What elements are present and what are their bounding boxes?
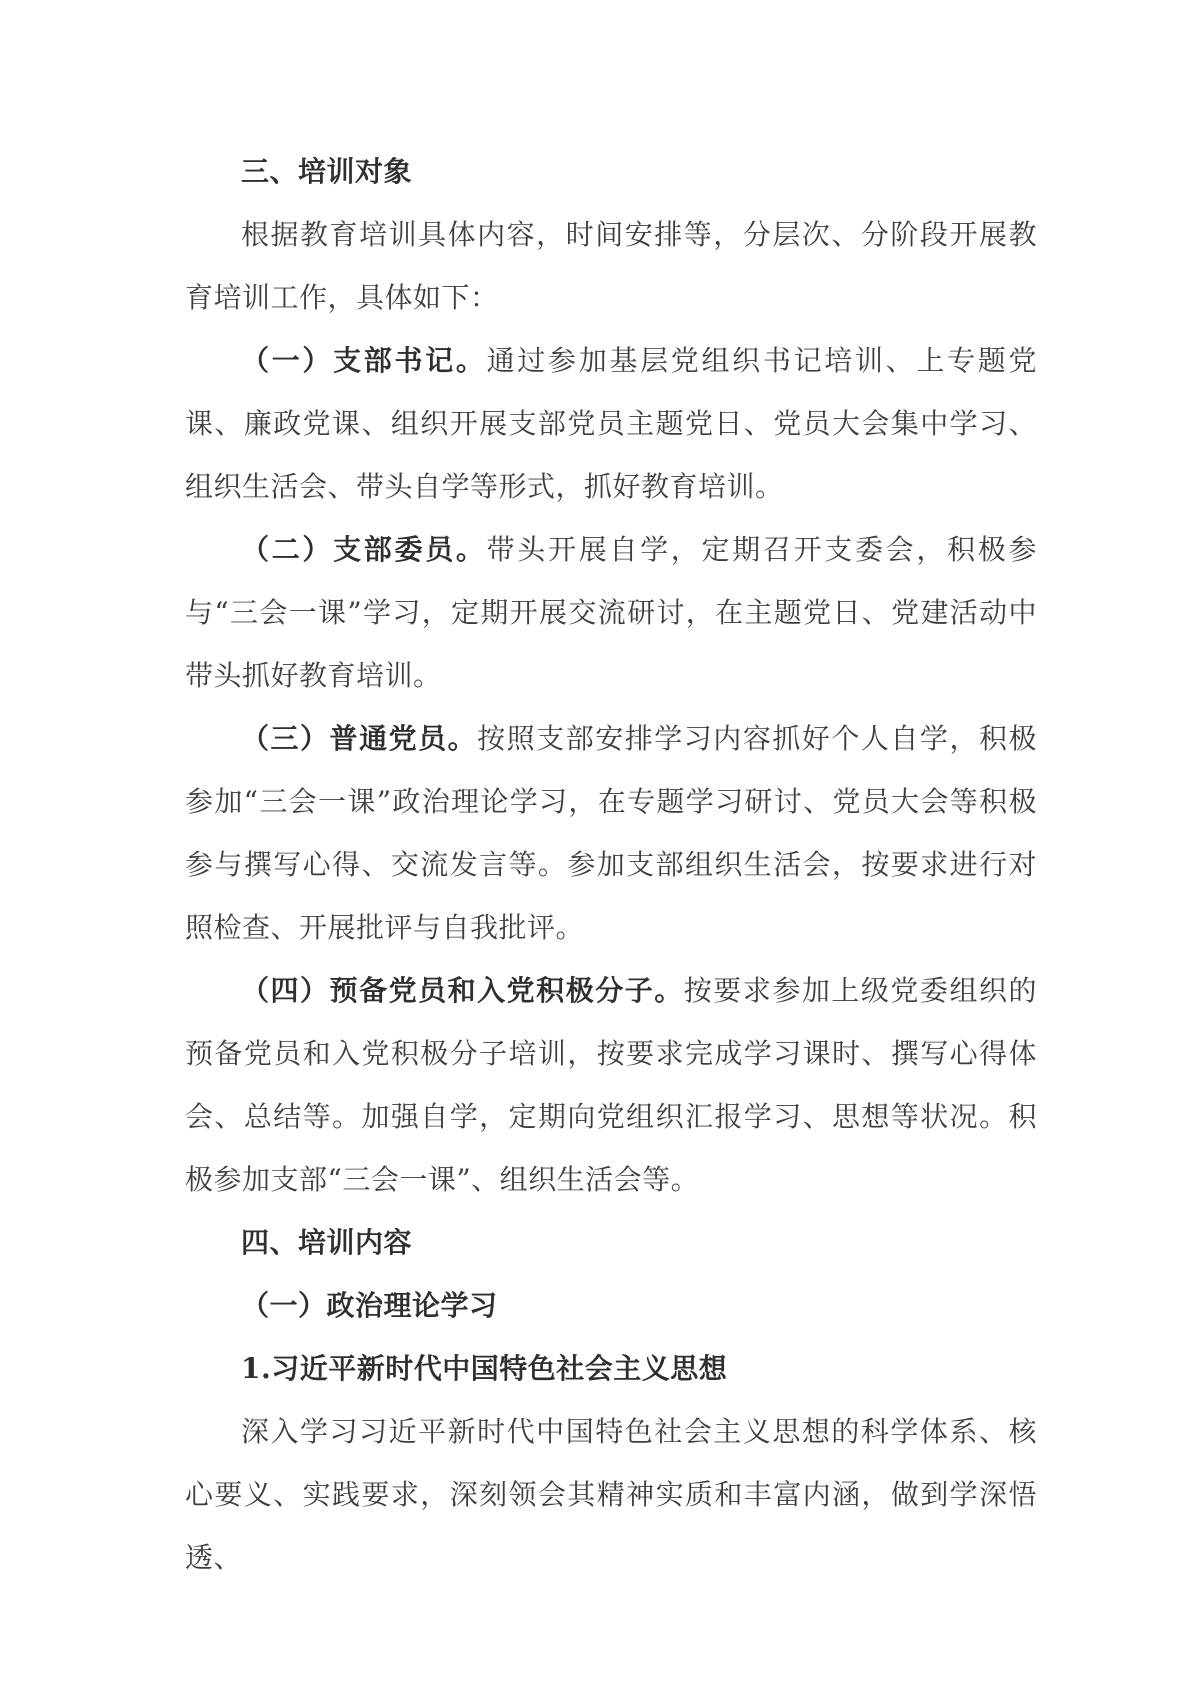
para-ordinary-members: （三）普通党员。按照支部安排学习内容抓好个人自学，积极参加“三会一课”政治理论学… <box>185 707 1037 959</box>
paragraph-lead: （三）普通党员。 <box>241 722 477 755</box>
paragraph-text: 按照支部安排学习内容抓好个人自学，积极参加“三会一课”政治理论学习，在专题学习研… <box>185 722 1037 944</box>
para-branch-committee: （二）支部委员。带头开展自学，定期召开支委会，积极参与“三会一课”学习，定期开展… <box>185 518 1037 707</box>
para-overview: 根据教育培训具体内容，时间安排等，分层次、分阶段开展教育培训工作，具体如下： <box>185 203 1037 329</box>
paragraph-lead: （四）预备党员和入党积极分子。 <box>241 974 684 1007</box>
para-probationary-members: （四）预备党员和入党积极分子。按要求参加上级党委组织的预备党员和入党积极分子培训… <box>185 959 1037 1211</box>
heading-text: 1.习近平新时代中国特色社会主义思想 <box>241 1352 727 1385</box>
paragraph-text: 按要求参加上级党委组织的预备党员和入党积极分子培训，按要求完成学习课时、撰写心得… <box>185 974 1037 1196</box>
heading-political-theory: （一）政治理论学习 <box>185 1274 1037 1337</box>
heading-text: 三、培训对象 <box>241 155 412 188</box>
document-page: 三、培训对象 根据教育培训具体内容，时间安排等，分层次、分阶段开展教育培训工作，… <box>0 0 1190 1683</box>
heading-training-content: 四、培训内容 <box>185 1211 1037 1274</box>
paragraph-lead: （一）支部书记。 <box>241 344 487 377</box>
heading-training-targets: 三、培训对象 <box>185 140 1037 203</box>
para-xi-thought-study: 深入学习习近平新时代中国特色社会主义思想的科学体系、核心要义、实践要求，深刻领会… <box>185 1400 1037 1589</box>
para-branch-secretary: （一）支部书记。通过参加基层党组织书记培训、上专题党课、廉政党课、组织开展支部党… <box>185 329 1037 518</box>
paragraph-lead: （二）支部委员。 <box>241 533 487 566</box>
heading-text: （一）政治理论学习 <box>241 1289 498 1322</box>
heading-xi-thought: 1.习近平新时代中国特色社会主义思想 <box>185 1337 1037 1400</box>
paragraph-text: 根据教育培训具体内容，时间安排等，分层次、分阶段开展教育培训工作，具体如下： <box>185 218 1037 314</box>
paragraph-text: 深入学习习近平新时代中国特色社会主义思想的科学体系、核心要义、实践要求，深刻领会… <box>185 1415 1037 1574</box>
heading-text: 四、培训内容 <box>241 1226 412 1259</box>
